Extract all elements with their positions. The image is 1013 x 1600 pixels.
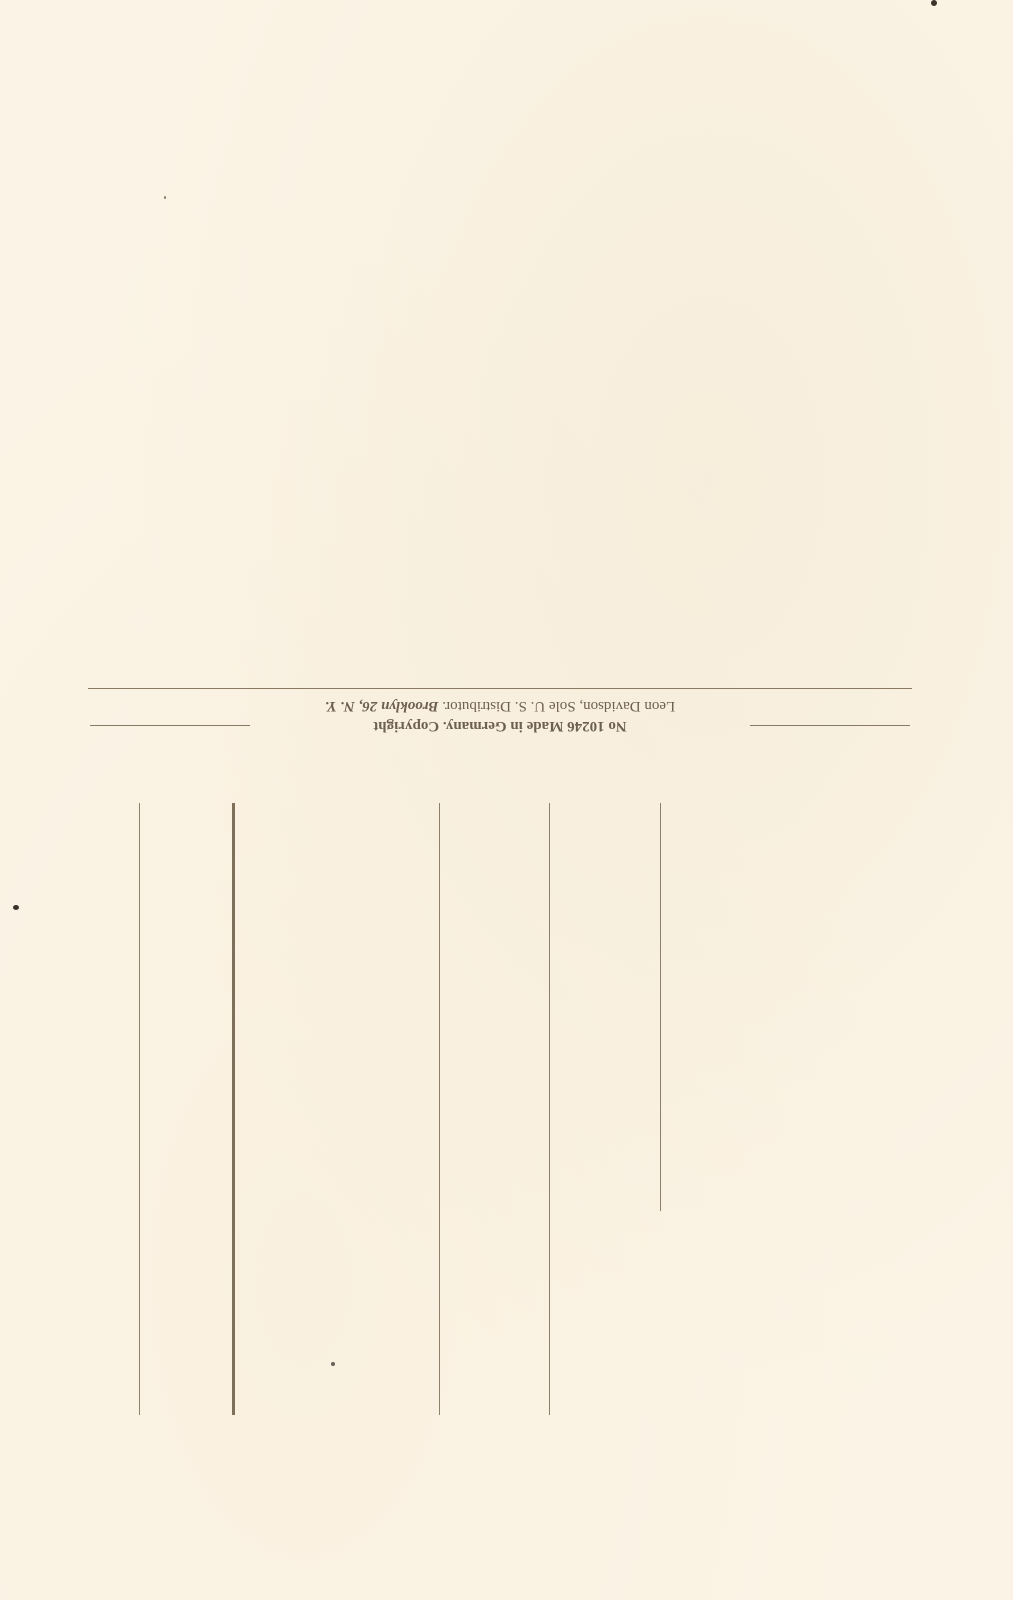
address-line-3 [439,803,440,1415]
imprint-line-copyright: No 10246 Made in Germany. Copyright [90,716,910,736]
divider-line [660,803,661,1211]
address-line-2 [232,803,235,1415]
imprint-line-distributor: Leon Davidson, Sole U. S. Distributor. B… [90,696,910,716]
postcard-back: No 10246 Made in Germany. Copyright Leon… [0,0,1013,1600]
imprint-left-dash [750,725,910,726]
address-line-4 [549,803,550,1415]
publisher-imprint: No 10246 Made in Germany. Copyright Leon… [90,696,910,736]
paper-speck [164,196,166,199]
paper-speck [331,1362,335,1366]
paper-speck [13,905,19,910]
top-divider-rule [88,688,912,689]
paper-speck [931,0,937,6]
address-line-1 [139,803,140,1415]
imprint-right-dash [90,725,250,726]
